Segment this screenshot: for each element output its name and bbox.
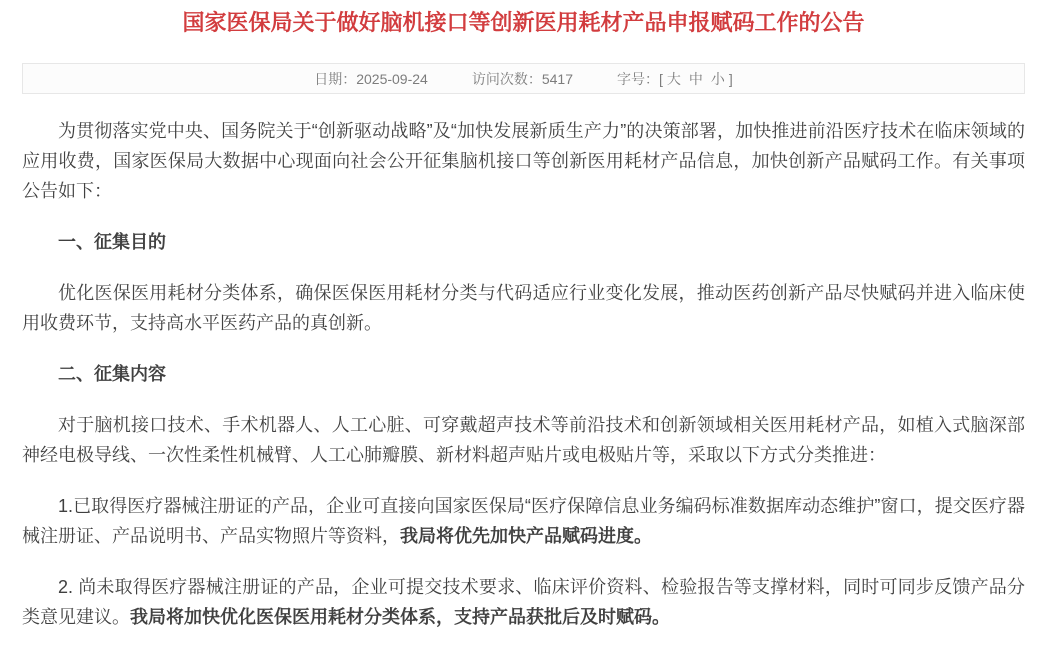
font-size-control: 字号：[大中小] xyxy=(617,69,733,89)
paragraph-text-bold: 我局将优先加快产品赋码进度。 xyxy=(400,526,652,546)
meta-bar: 日期：2025-09-24 访问次数：5417 字号：[大中小] xyxy=(22,63,1025,94)
paragraph: 对于脑机接口技术、手术机器人、人工心脏、可穿戴超声技术等前沿技术和创新领域相关医… xyxy=(22,410,1025,470)
date-value: 2025-09-24 xyxy=(356,71,428,87)
font-size-bracket-close: ] xyxy=(729,71,733,87)
font-size-label: 字号： xyxy=(617,69,659,89)
section-heading: 一、征集目的 xyxy=(22,227,1025,257)
visit-count-field: 访问次数：5417 xyxy=(472,69,573,89)
section-heading: 二、征集内容 xyxy=(22,359,1025,389)
article-body: 为贯彻落实党中央、国务院关于“创新驱动战略”及“加快发展新质生产力”的决策部署，… xyxy=(22,94,1025,632)
font-size-medium-button[interactable]: 中 xyxy=(689,69,703,89)
paragraph-text-bold: 我局将加快优化医保医用耗材分类体系，支持产品获批后及时赋码。 xyxy=(130,607,670,627)
font-size-small-button[interactable]: 小 xyxy=(711,69,725,89)
paragraph-text-bold: 二、征集内容 xyxy=(58,364,166,384)
paragraph-text-bold: 一、征集目的 xyxy=(58,232,166,252)
page-title: 国家医保局关于做好脑机接口等创新医用耗材产品申报赋码工作的公告 xyxy=(40,0,1007,37)
paragraph: 为贯彻落实党中央、国务院关于“创新驱动战略”及“加快发展新质生产力”的决策部署，… xyxy=(22,116,1025,206)
paragraph-text: 为贯彻落实党中央、国务院关于“创新驱动战略”及“加快发展新质生产力”的决策部署，… xyxy=(22,121,1025,201)
date-label: 日期： xyxy=(314,69,356,89)
visit-count-label: 访问次数： xyxy=(472,69,542,89)
font-size-bracket-open: [ xyxy=(659,71,663,87)
visit-count-value: 5417 xyxy=(542,71,573,87)
font-size-large-button[interactable]: 大 xyxy=(667,69,681,89)
paragraph: 优化医保医用耗材分类体系，确保医保医用耗材分类与代码适应行业变化发展，推动医药创… xyxy=(22,278,1025,338)
announcement-page: 国家医保局关于做好脑机接口等创新医用耗材产品申报赋码工作的公告 日期：2025-… xyxy=(0,0,1047,632)
paragraph: 1.已取得医疗器械注册证的产品，企业可直接向国家医保局“医疗保障信息业务编码标准… xyxy=(22,491,1025,551)
paragraph-text: 对于脑机接口技术、手术机器人、人工心脏、可穿戴超声技术等前沿技术和创新领域相关医… xyxy=(22,415,1025,465)
paragraph-text: 优化医保医用耗材分类体系，确保医保医用耗材分类与代码适应行业变化发展，推动医药创… xyxy=(22,283,1025,333)
paragraph: 2. 尚未取得医疗器械注册证的产品，企业可提交技术要求、临床评价资料、检验报告等… xyxy=(22,572,1025,632)
date-field: 日期：2025-09-24 xyxy=(314,69,428,89)
